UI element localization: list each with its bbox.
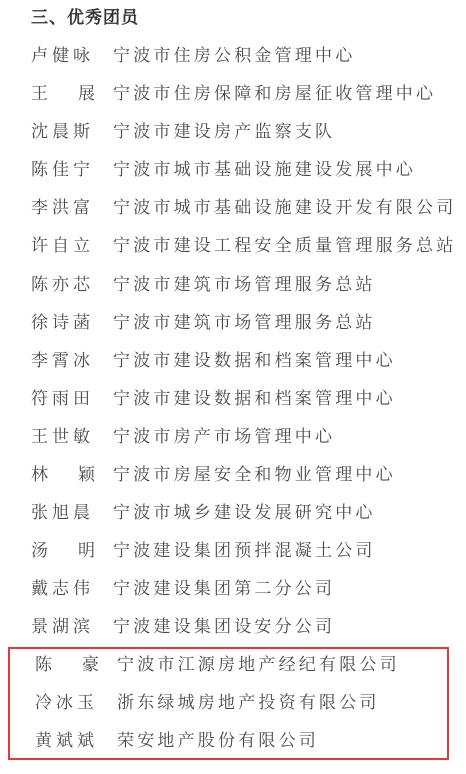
- member-name: 戴志伟: [31, 577, 113, 601]
- member-name: 景湖滨: [31, 615, 113, 639]
- list-item: 许自立宁波市建设工程安全质量管理服务总站: [31, 234, 456, 272]
- member-name: 黄斌斌: [35, 729, 117, 753]
- list-item: 黄斌斌荣安地产股份有限公司: [35, 729, 400, 767]
- member-organization: 宁波市建设数据和档案管理中心: [113, 349, 396, 373]
- member-organization: 宁波市住房公积金管理中心: [113, 44, 355, 68]
- member-organization: 宁波市江源房地产经纪有限公司: [117, 653, 400, 677]
- list-item: 沈晨斯宁波市建设房产监察支队: [31, 120, 456, 158]
- list-item: 张旭晨宁波市城乡建设发展研究中心: [31, 501, 456, 539]
- list-item: 符雨田宁波市建设数据和档案管理中心: [31, 387, 456, 425]
- member-organization: 宁波市房产市场管理中心: [113, 425, 335, 449]
- member-name: 许自立: [31, 234, 113, 258]
- member-name: 王世敏: [31, 425, 113, 449]
- list-item: 陈豪宁波市江源房地产经纪有限公司: [35, 653, 400, 691]
- list-item: 戴志伟宁波建设集团第二分公司: [31, 577, 456, 615]
- list-item: 王展宁波市住房保障和房屋征收管理中心: [31, 82, 456, 120]
- member-name: 李霄冰: [31, 349, 113, 373]
- member-organization: 宁波市建设房产监察支队: [113, 120, 335, 144]
- section-heading: 三、优秀团员: [31, 6, 139, 30]
- list-item: 王世敏宁波市房产市场管理中心: [31, 425, 456, 463]
- list-item: 陈亦芯宁波市建筑市场管理服务总站: [31, 273, 456, 311]
- member-name: 陈佳宁: [31, 158, 113, 182]
- member-organization: 宁波市房屋安全和物业管理中心: [113, 463, 396, 487]
- member-name: 王展: [31, 82, 95, 106]
- member-name: 陈亦芯: [31, 273, 113, 297]
- list-item: 卢健咏宁波市住房公积金管理中心: [31, 44, 456, 82]
- list-item: 李洪富宁波市城市基础设施建设开发有限公司: [31, 196, 456, 234]
- member-name: 汤明: [31, 539, 95, 563]
- member-organization: 宁波建设集团预拌混凝土公司: [113, 539, 376, 563]
- list-item: 冷冰玉浙东绿城房地产投资有限公司: [35, 691, 400, 729]
- list-item: 徐诗菡宁波市建筑市场管理服务总站: [31, 311, 456, 349]
- member-name: 沈晨斯: [31, 120, 113, 144]
- member-name: 徐诗菡: [31, 311, 113, 335]
- list-item: 陈佳宁宁波市城市基础设施建设发展中心: [31, 158, 456, 196]
- member-organization: 宁波市城市基础设施建设开发有限公司: [113, 196, 456, 220]
- member-name: 符雨田: [31, 387, 113, 411]
- member-organization: 宁波建设集团设安分公司: [113, 615, 335, 639]
- member-name: 卢健咏: [31, 44, 113, 68]
- list-item: 汤明宁波建设集团预拌混凝土公司: [31, 539, 456, 577]
- member-list: 卢健咏宁波市住房公积金管理中心王展宁波市住房保障和房屋征收管理中心沈晨斯宁波市建…: [31, 44, 456, 654]
- member-name: 李洪富: [31, 196, 113, 220]
- list-item: 李霄冰宁波市建设数据和档案管理中心: [31, 349, 456, 387]
- member-organization: 宁波市建设数据和档案管理中心: [113, 387, 396, 411]
- member-organization: 宁波市建筑市场管理服务总站: [113, 311, 376, 335]
- member-organization: 宁波市城市基础设施建设发展中心: [113, 158, 416, 182]
- member-organization: 荣安地产股份有限公司: [117, 729, 319, 753]
- member-organization: 宁波市住房保障和房屋征收管理中心: [113, 82, 436, 106]
- list-item: 林颖宁波市房屋安全和物业管理中心: [31, 463, 456, 501]
- member-organization: 宁波建设集团第二分公司: [113, 577, 335, 601]
- member-name: 林颖: [31, 463, 95, 487]
- highlighted-member-list: 陈豪宁波市江源房地产经纪有限公司冷冰玉浙东绿城房地产投资有限公司黄斌斌荣安地产股…: [35, 653, 400, 767]
- member-name: 张旭晨: [31, 501, 113, 525]
- member-organization: 宁波市建设工程安全质量管理服务总站: [113, 234, 456, 258]
- member-organization: 宁波市城乡建设发展研究中心: [113, 501, 376, 525]
- member-name: 陈豪: [35, 653, 99, 677]
- member-name: 冷冰玉: [35, 691, 117, 715]
- member-organization: 浙东绿城房地产投资有限公司: [117, 691, 380, 715]
- member-organization: 宁波市建筑市场管理服务总站: [113, 273, 376, 297]
